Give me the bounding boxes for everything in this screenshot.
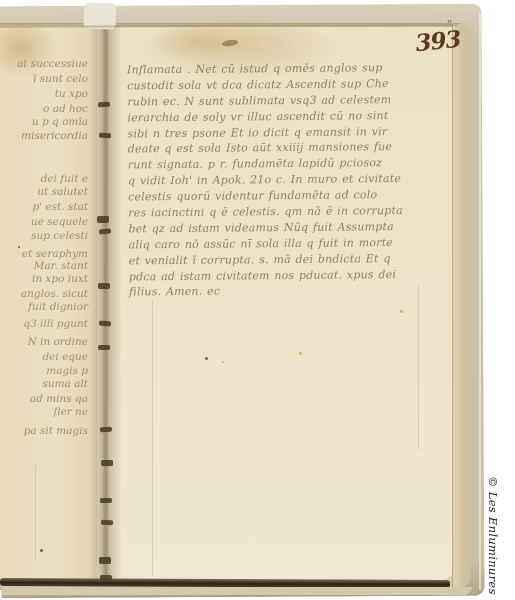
margin-fragment: dei eque xyxy=(0,350,88,364)
margin-fragment: N in ordine xyxy=(0,335,88,349)
margin-fragment: ut salutet xyxy=(0,185,88,199)
manuscript-text-block: Inflamata . Net cū istud q omēs anglos s… xyxy=(127,60,449,301)
page-crease xyxy=(418,285,419,450)
margin-fragment: sup celesti xyxy=(0,229,88,243)
margin-fragment: misericordia xyxy=(0,129,88,143)
page-crease xyxy=(35,465,36,560)
stitch xyxy=(101,520,113,526)
cover-bottom-lip xyxy=(2,587,472,595)
speck xyxy=(205,357,208,360)
margin-fragment: o ad hoc xyxy=(0,102,88,116)
stitch xyxy=(98,283,110,289)
margin-fragment: q3 illi pgunt xyxy=(0,317,88,331)
stitch xyxy=(100,498,112,503)
speck xyxy=(222,361,224,363)
margin-fragment: pa sit magis xyxy=(0,424,88,438)
stitch xyxy=(98,345,110,350)
margin-fragment: fuit dignior xyxy=(0,300,88,314)
photo-credit: © Les Enluminures xyxy=(486,476,500,595)
margin-fragment: magis p xyxy=(0,364,88,378)
stitch xyxy=(99,557,111,564)
stitch xyxy=(97,216,109,223)
margin-fragment: anglos. sicut xyxy=(0,287,88,301)
speck xyxy=(40,549,43,552)
page-crease xyxy=(152,300,153,575)
speck xyxy=(400,310,403,313)
margin-fragment: Mar. stant xyxy=(0,259,88,273)
cover-edge-highlight xyxy=(479,12,481,590)
margin-fragment: u p q omīa xyxy=(0,115,88,129)
margin-fragment: p' est. stat xyxy=(0,200,88,214)
margin-fragment: tu xpo xyxy=(0,87,88,101)
gutter-shadow xyxy=(88,26,122,580)
stitch xyxy=(98,102,110,108)
margin-fragment: dei fuit e xyxy=(0,172,88,186)
margin-fragment: at successiue xyxy=(0,57,88,71)
folio-number: 393 xyxy=(413,26,464,58)
manuscript-photo: '' 393 Inflamata . Net cū istud q omēs a… xyxy=(0,0,515,600)
stitch xyxy=(99,320,111,326)
stitch xyxy=(100,427,112,433)
margin-fragment: in xpo iuxt xyxy=(0,272,88,286)
stitch xyxy=(101,460,113,466)
stitch xyxy=(99,133,111,139)
fore-edge-strip xyxy=(452,24,471,588)
margin-fragment: suma alt xyxy=(0,377,88,391)
margin-fragment: ue sequele xyxy=(0,215,88,229)
manuscript-line: filius. Amen. ec xyxy=(129,282,449,301)
margin-fragment: ī sunt celo xyxy=(0,72,88,86)
stitch xyxy=(100,575,112,580)
margin-fragment: ad mins qa xyxy=(0,392,88,406)
margin-fragment: fler ne xyxy=(0,405,88,419)
speck xyxy=(299,352,302,355)
